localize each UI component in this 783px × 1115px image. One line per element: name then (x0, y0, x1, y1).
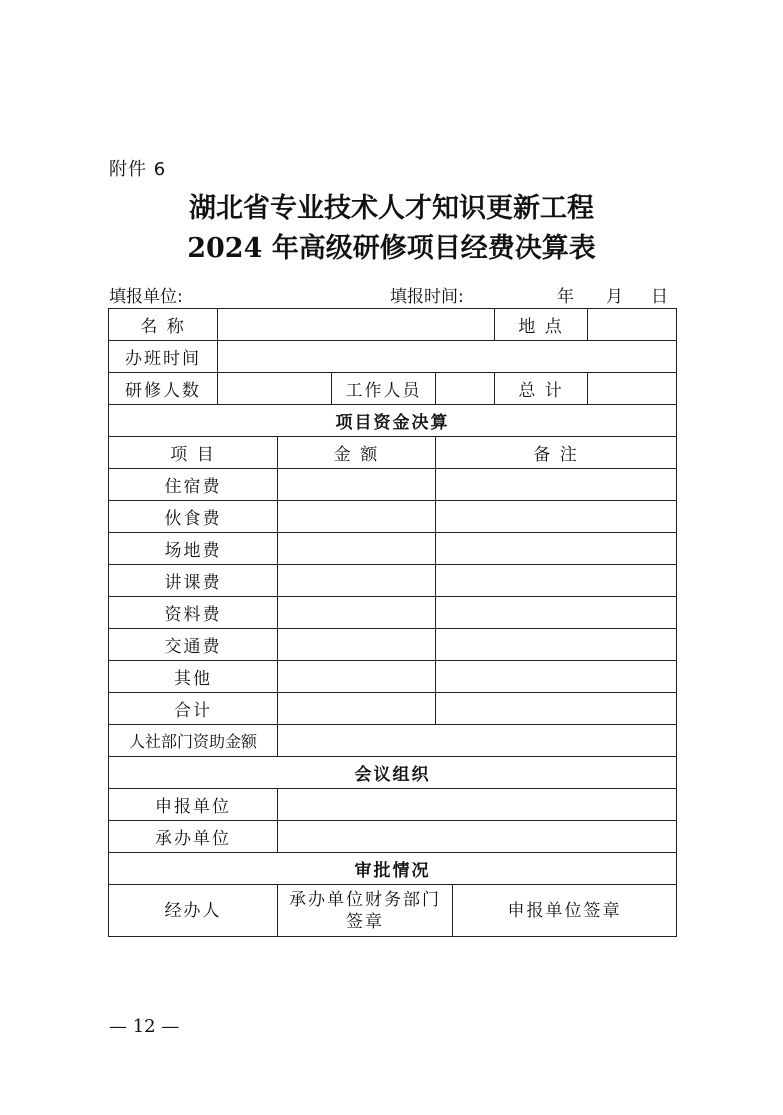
day-label: 日 (651, 282, 668, 307)
organizer-field[interactable] (278, 821, 677, 853)
table-row: 讲课费 (109, 565, 677, 597)
table-row: 名 称 地 点 (109, 309, 677, 341)
expense-label: 交通费 (109, 629, 278, 661)
expense-label: 场地费 (109, 533, 278, 565)
total-field[interactable] (588, 373, 677, 405)
approval-section-header: 审批情况 (109, 853, 677, 885)
location-field[interactable] (588, 309, 677, 341)
expense-label: 讲课费 (109, 565, 278, 597)
note-field[interactable] (436, 533, 677, 565)
month-label: 月 (606, 282, 623, 307)
col-note-header: 备 注 (436, 437, 677, 469)
budget-table: 名 称 地 点 办班时间 研修人数 工作人员 总 计 项目资金决算 项 目 金 … (108, 308, 677, 937)
table-row: 其他 (109, 661, 677, 693)
period-field[interactable] (218, 341, 677, 373)
attachment-label: 附件 6 (109, 155, 166, 181)
expense-label: 其他 (109, 661, 278, 693)
location-label: 地 点 (495, 309, 588, 341)
table-row: 住宿费 (109, 469, 677, 501)
note-field[interactable] (436, 469, 677, 501)
trainees-field[interactable] (218, 373, 332, 405)
note-field[interactable] (436, 693, 677, 725)
table-row: 项 目 金 额 备 注 (109, 437, 677, 469)
applicant-field[interactable] (278, 789, 677, 821)
note-field[interactable] (436, 501, 677, 533)
expense-label: 合计 (109, 693, 278, 725)
finance-seal-label: 承办单位财务部门签章 (278, 885, 453, 937)
subsidy-field[interactable] (278, 725, 677, 757)
finance-seal-text: 承办单位财务部门签章 (289, 890, 441, 932)
applicant-seal-label: 申报单位签章 (453, 885, 677, 937)
name-field[interactable] (218, 309, 495, 341)
table-row: 合计 (109, 693, 677, 725)
staff-field[interactable] (436, 373, 495, 405)
amount-field[interactable] (278, 661, 436, 693)
expense-label: 资料费 (109, 597, 278, 629)
funds-section-header: 项目资金决算 (109, 405, 677, 437)
name-label: 名 称 (109, 309, 218, 341)
amount-field[interactable] (278, 533, 436, 565)
table-row: 审批情况 (109, 853, 677, 885)
amount-field[interactable] (278, 597, 436, 629)
amount-field[interactable] (278, 693, 436, 725)
table-row: 承办单位 (109, 821, 677, 853)
table-row: 项目资金决算 (109, 405, 677, 437)
handler-label: 经办人 (109, 885, 278, 937)
table-row: 会议组织 (109, 757, 677, 789)
amount-field[interactable] (278, 469, 436, 501)
table-row: 办班时间 (109, 341, 677, 373)
col-item-header: 项 目 (109, 437, 278, 469)
trainees-label: 研修人数 (109, 373, 218, 405)
expense-label: 伙食费 (109, 501, 278, 533)
period-label: 办班时间 (109, 341, 218, 373)
fill-time-label: 填报时间: (390, 282, 464, 307)
year-label: 年 (557, 282, 574, 307)
title-line-1: 湖北省专业技术人才知识更新工程 (0, 186, 783, 225)
table-row: 场地费 (109, 533, 677, 565)
note-field[interactable] (436, 629, 677, 661)
table-row: 人社部门资助金额 (109, 725, 677, 757)
table-row: 研修人数 工作人员 总 计 (109, 373, 677, 405)
note-field[interactable] (436, 661, 677, 693)
org-section-header: 会议组织 (109, 757, 677, 789)
table-row: 资料费 (109, 597, 677, 629)
page-number: — 12 — (109, 1016, 179, 1037)
table-row: 伙食费 (109, 501, 677, 533)
table-row: 经办人 承办单位财务部门签章 申报单位签章 (109, 885, 677, 937)
table-row: 交通费 (109, 629, 677, 661)
organizer-label: 承办单位 (109, 821, 278, 853)
table-row: 申报单位 (109, 789, 677, 821)
staff-label: 工作人员 (332, 373, 436, 405)
expense-label: 住宿费 (109, 469, 278, 501)
amount-field[interactable] (278, 565, 436, 597)
note-field[interactable] (436, 565, 677, 597)
fill-unit-label: 填报单位: (109, 282, 183, 307)
total-label: 总 计 (495, 373, 588, 405)
note-field[interactable] (436, 597, 677, 629)
subsidy-label: 人社部门资助金额 (109, 725, 278, 757)
amount-field[interactable] (278, 501, 436, 533)
applicant-label: 申报单位 (109, 789, 278, 821)
title-line-2: 2024 年高级研修项目经费决算表 (0, 226, 783, 265)
col-amount-header: 金 额 (278, 437, 436, 469)
amount-field[interactable] (278, 629, 436, 661)
